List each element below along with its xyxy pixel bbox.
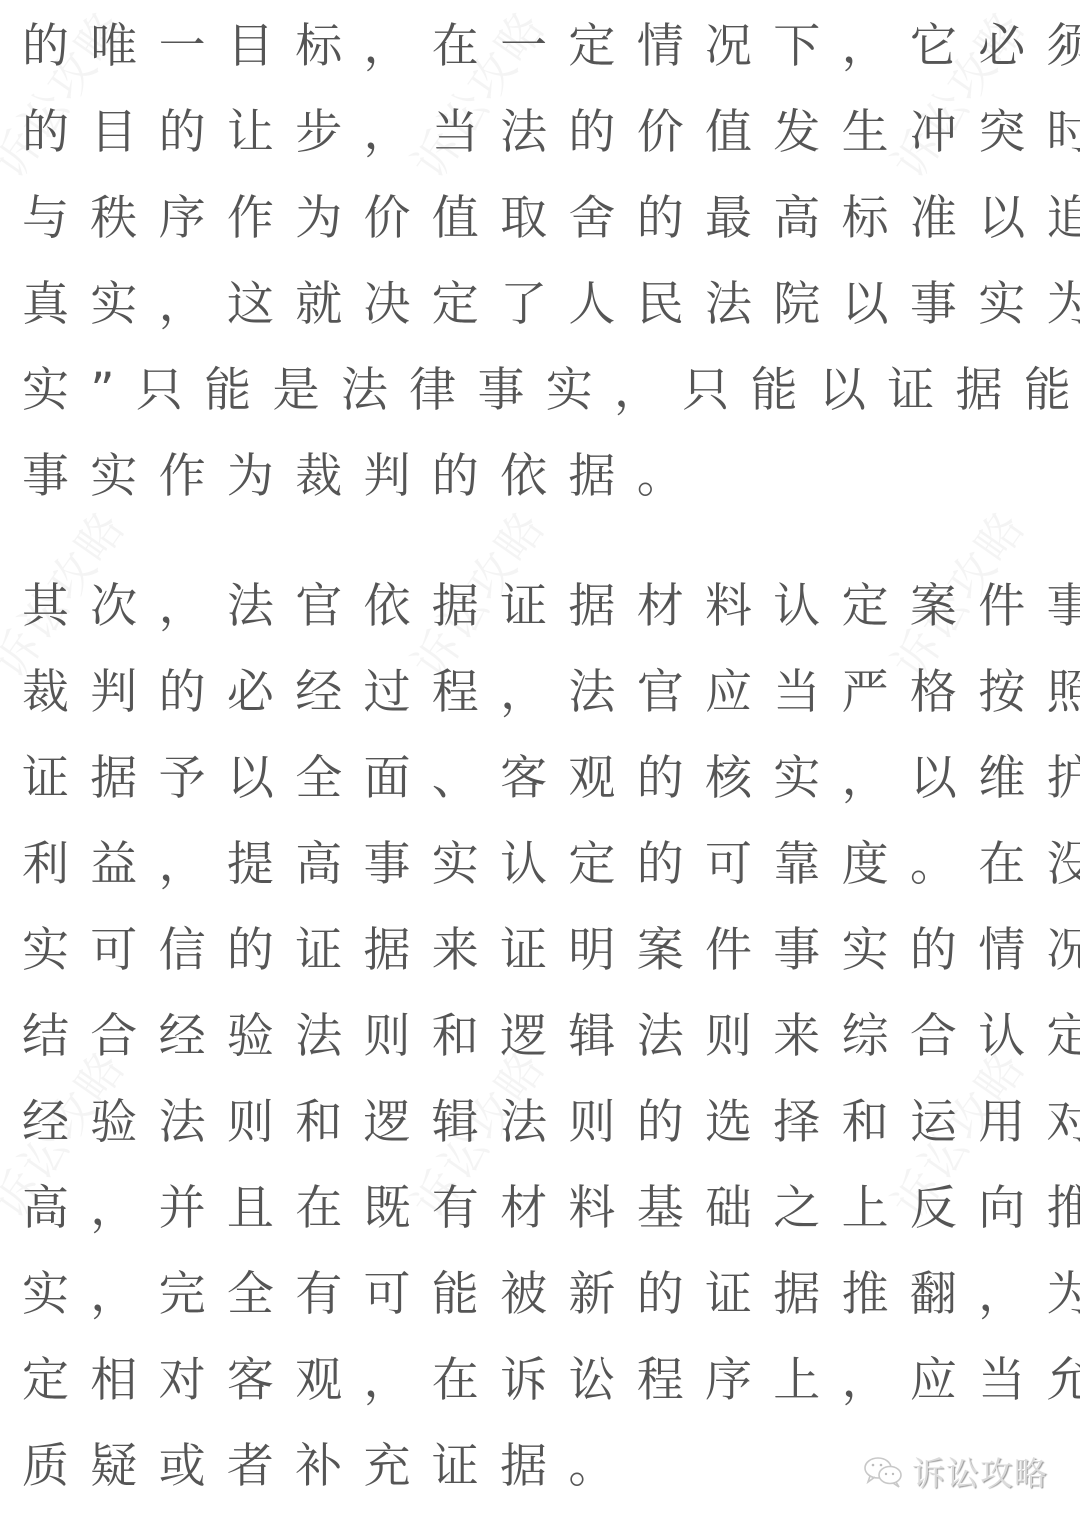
text-line: 裁判的必经过程，法官应当严格按照法定程序，对 <box>22 646 1062 732</box>
text-line: 实”只能是法律事实，只能以证据能够证明的案件 <box>22 344 1062 430</box>
text-line: 高，并且在既有材料基础之上反向推演所确认的事 <box>22 1162 1062 1248</box>
text-line: 与秩序作为价值取舍的最高标准以追求一种相对的 <box>22 172 1062 258</box>
brand-watermark: 诉讼攻略 <box>862 1448 1048 1495</box>
text-line: 事实作为裁判的依据。 <box>22 430 1062 516</box>
paragraph-2: 其次，法官依据证据材料认定案件事实，是其进行 裁判的必经过程，法官应当严格按照法… <box>22 560 1062 1506</box>
text-line: 真实，这就决定了人民法院以事实为根据中的“事 <box>22 258 1062 344</box>
brand-name: 诉讼攻略 <box>912 1448 1048 1495</box>
text-line: 实，完全有可能被新的证据推翻，为了保证事实认 <box>22 1248 1062 1334</box>
text-line: 经验法则和逻辑法则的选择和运用对法官的要求很 <box>22 1076 1062 1162</box>
article-body: 的唯一目标，在一定情况下，它必须向其他更重要 的目的让步，当法的价值发生冲突时，… <box>22 0 1062 1506</box>
text-line: 的目的让步，当法的价值发生冲突时，应当将正义 <box>22 86 1062 172</box>
text-line: 定相对客观，在诉讼程序上，应当允许当事人提出 <box>22 1334 1062 1420</box>
text-line: 实可信的证据来证明案件事实的情况下，法官需要 <box>22 904 1062 990</box>
text-line: 利益，提高事实认定的可靠度。在没有足够的、真 <box>22 818 1062 904</box>
paragraph-spacer <box>22 516 1062 560</box>
text-line: 证据予以全面、客观的核实，以维护当事人的证据 <box>22 732 1062 818</box>
text-line: 的唯一目标，在一定情况下，它必须向其他更重要 <box>22 0 1062 86</box>
paragraph-1: 的唯一目标，在一定情况下，它必须向其他更重要 的目的让步，当法的价值发生冲突时，… <box>22 0 1062 516</box>
wechat-icon <box>862 1454 906 1490</box>
text-line: 其次，法官依据证据材料认定案件事实，是其进行 <box>22 560 1062 646</box>
text-line: 结合经验法则和逻辑法则来综合认定案件事实。因 <box>22 990 1062 1076</box>
